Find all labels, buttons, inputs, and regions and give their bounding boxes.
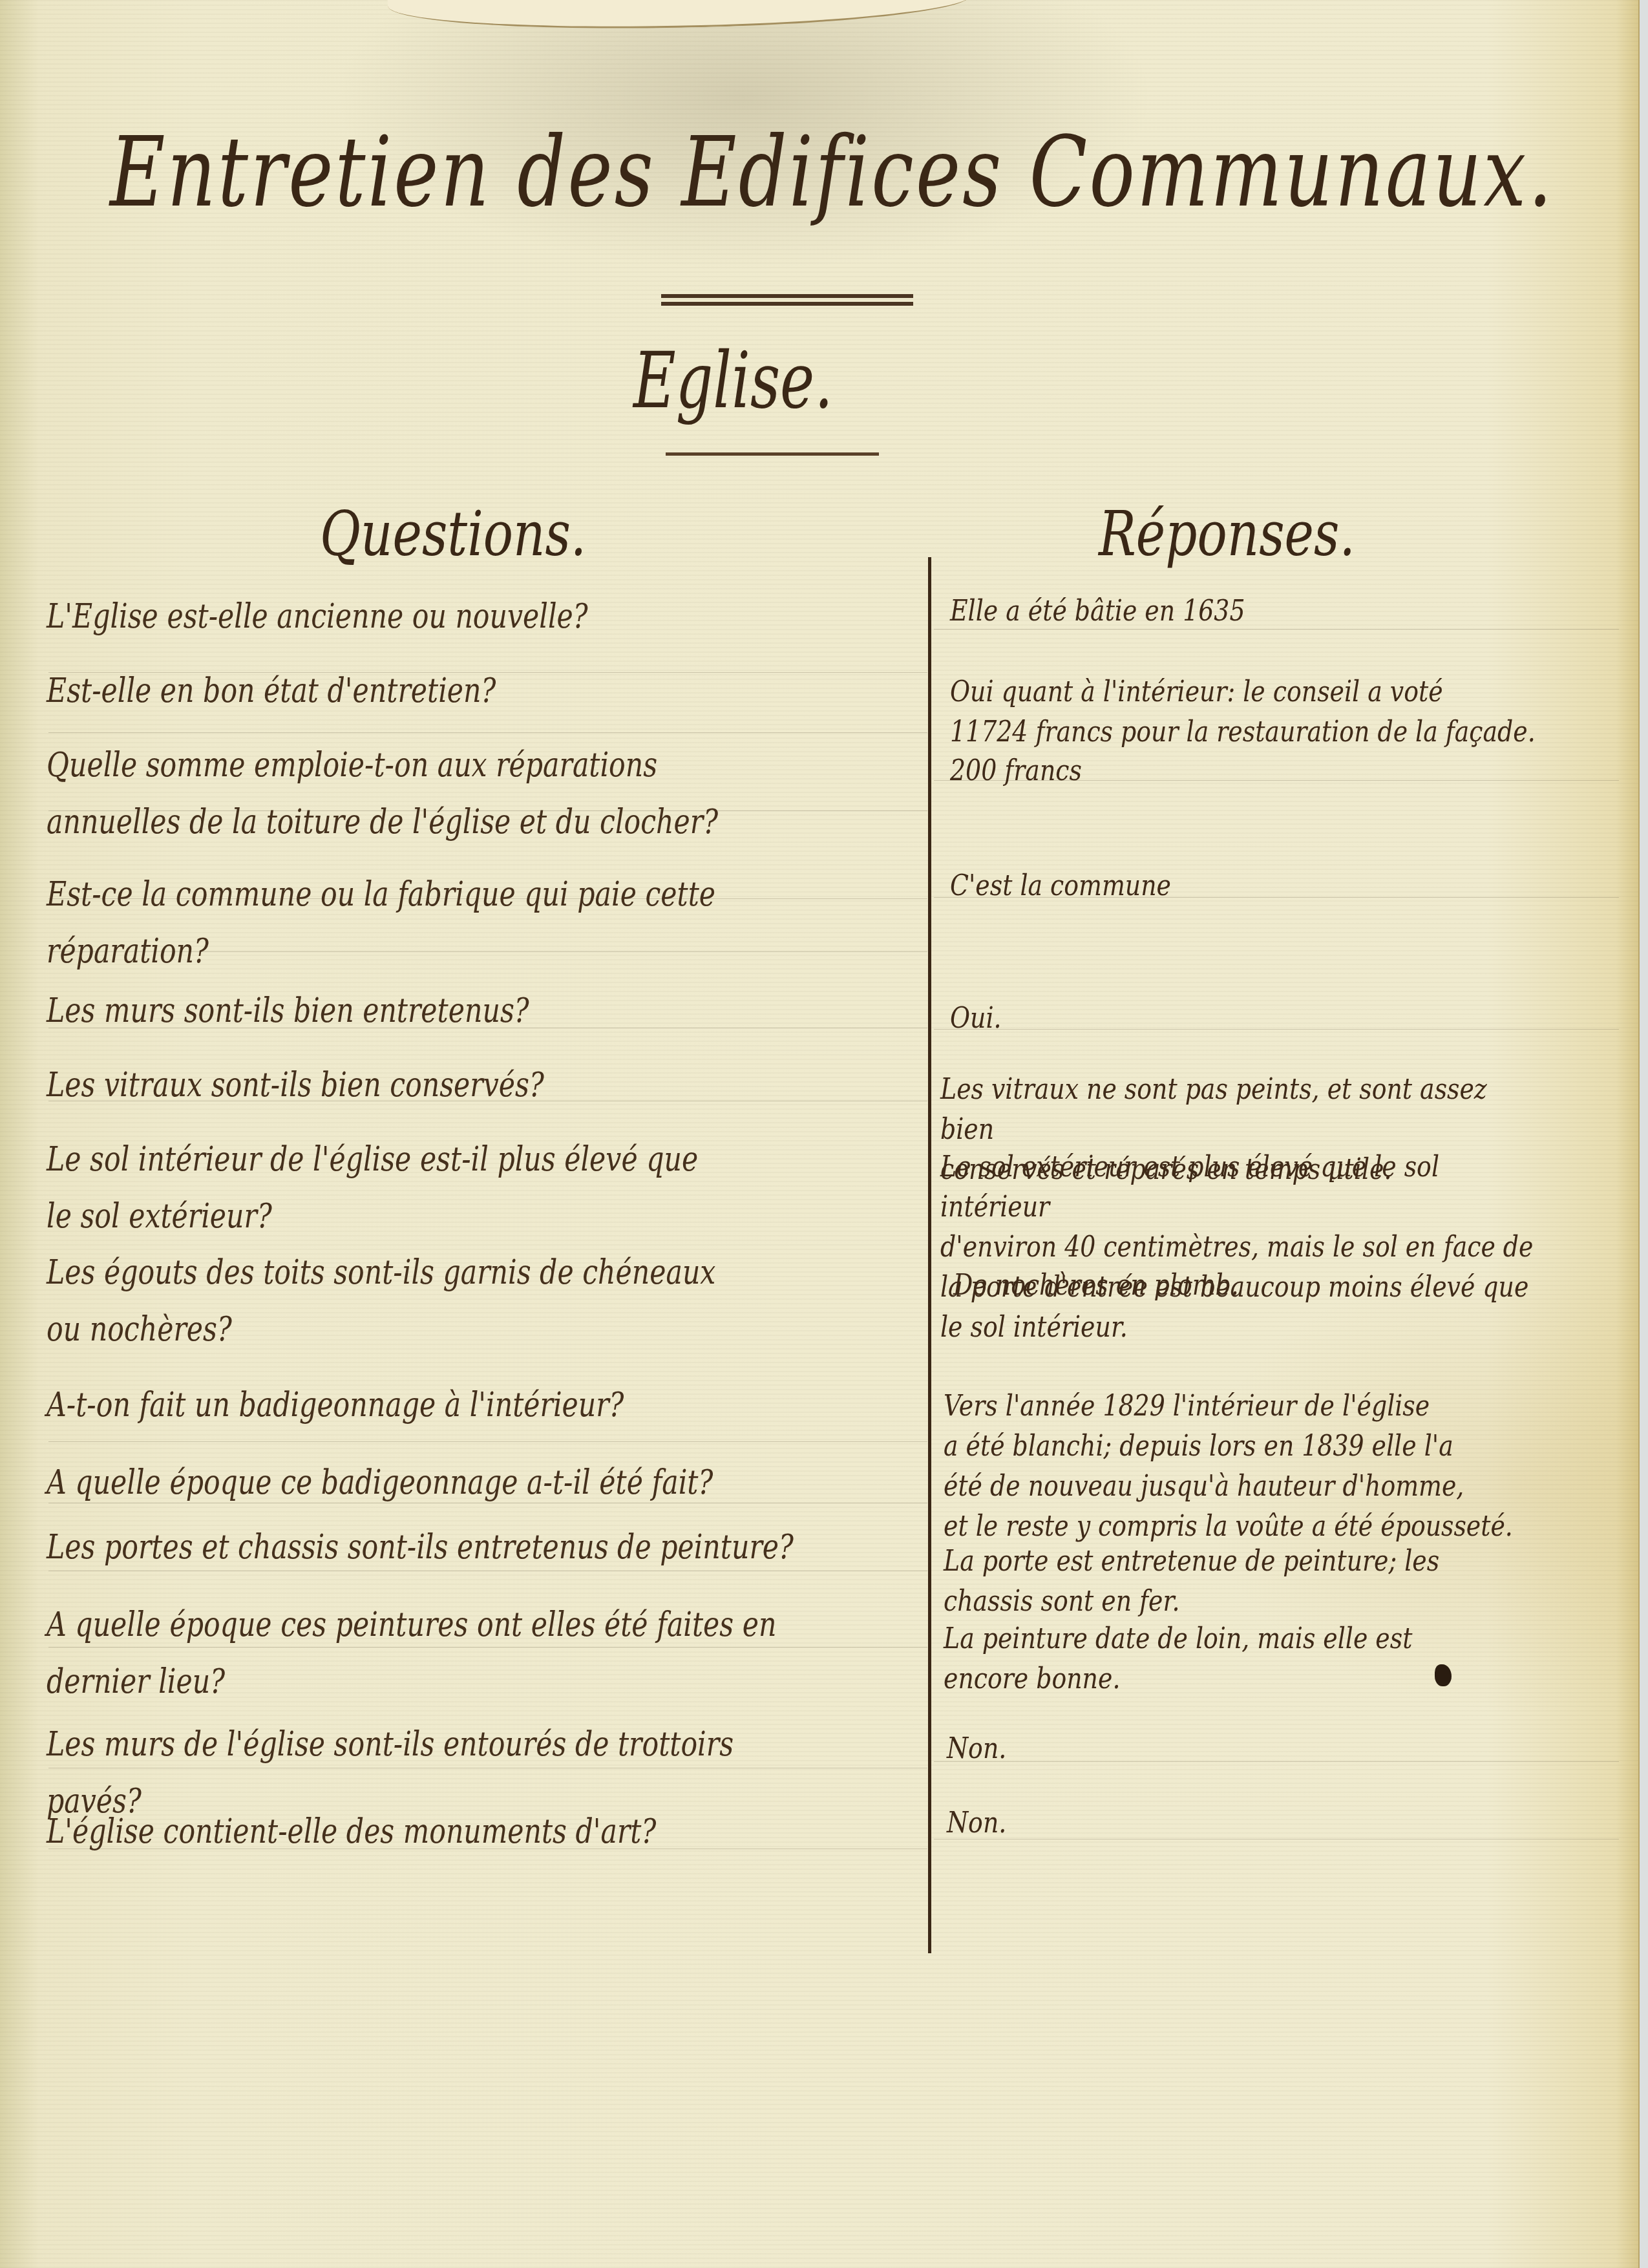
torn-paper-edge: [387, 0, 970, 36]
question-item: Est-ce la commune ou la fabrique qui pai…: [47, 866, 715, 980]
response-item: Non.: [947, 1803, 1006, 1843]
title-double-rule: [661, 294, 913, 310]
ruling-line: [934, 1029, 1619, 1030]
responses-column-header: Réponses.: [1099, 498, 1355, 570]
response-item: Oui.: [950, 999, 1002, 1039]
response-item: Oui quant à l'intérieur: le conseil a vo…: [950, 672, 1536, 752]
response-item: La porte est entretenue de peinture; les…: [944, 1542, 1439, 1622]
subtitle-underline: [666, 452, 879, 456]
response-item: C'est la commune: [950, 866, 1171, 906]
response-item: Non.: [947, 1729, 1006, 1769]
response-item: Vers l'année 1829 l'intérieur de l'églis…: [944, 1386, 1513, 1547]
response-item: La peinture date de loin, mais elle est …: [944, 1619, 1412, 1699]
ruling-line: [934, 1839, 1619, 1839]
response-item: Elle a été bâtie en 1635: [950, 591, 1245, 631]
question-item: Les vitraux sont-ils bien conservés?: [47, 1057, 544, 1114]
ruling-line: [48, 732, 927, 733]
question-item: Les portes et chassis sont-ils entretenu…: [47, 1519, 794, 1576]
ink-blot-stain: [1435, 1664, 1452, 1686]
question-item: A quelle époque ce badigeonnage a-t-il é…: [47, 1454, 713, 1511]
manuscript-page: Entretien des Edifices Communaux. Eglise…: [0, 0, 1640, 2268]
question-item: A-t-on fait un badigeonnage à l'intérieu…: [47, 1377, 624, 1434]
response-item: 200 francs: [950, 751, 1082, 791]
document-title: Entretien des Edifices Communaux.: [110, 116, 1269, 229]
questions-column-header: Questions.: [320, 498, 586, 570]
question-item: Est-elle en bon état d'entretien?: [47, 662, 496, 719]
question-item: Les murs sont-ils bien entretenus?: [47, 982, 529, 1039]
question-item: Quelle somme emploie-t-on aux réparation…: [47, 737, 718, 851]
question-item: Les égouts des toits sont-ils garnis de …: [47, 1244, 715, 1358]
question-item: L'église contient-elle des monuments d'a…: [47, 1803, 656, 1860]
question-item: A quelle époque ces peintures ont elles …: [47, 1596, 776, 1710]
response-item: De nochères en plomb.: [953, 1266, 1239, 1306]
question-item: L'Eglise est-elle ancienne ou nouvelle?: [47, 588, 588, 645]
question-item: Le sol intérieur de l'église est-il plus…: [47, 1131, 698, 1245]
document-subtitle: Eglise.: [633, 336, 837, 426]
ruling-line: [934, 1761, 1619, 1762]
column-divider-line: [928, 557, 931, 1953]
response-item: Le sol extérieur est plus élevé que le s…: [940, 1147, 1541, 1348]
ruling-line: [48, 1441, 927, 1442]
